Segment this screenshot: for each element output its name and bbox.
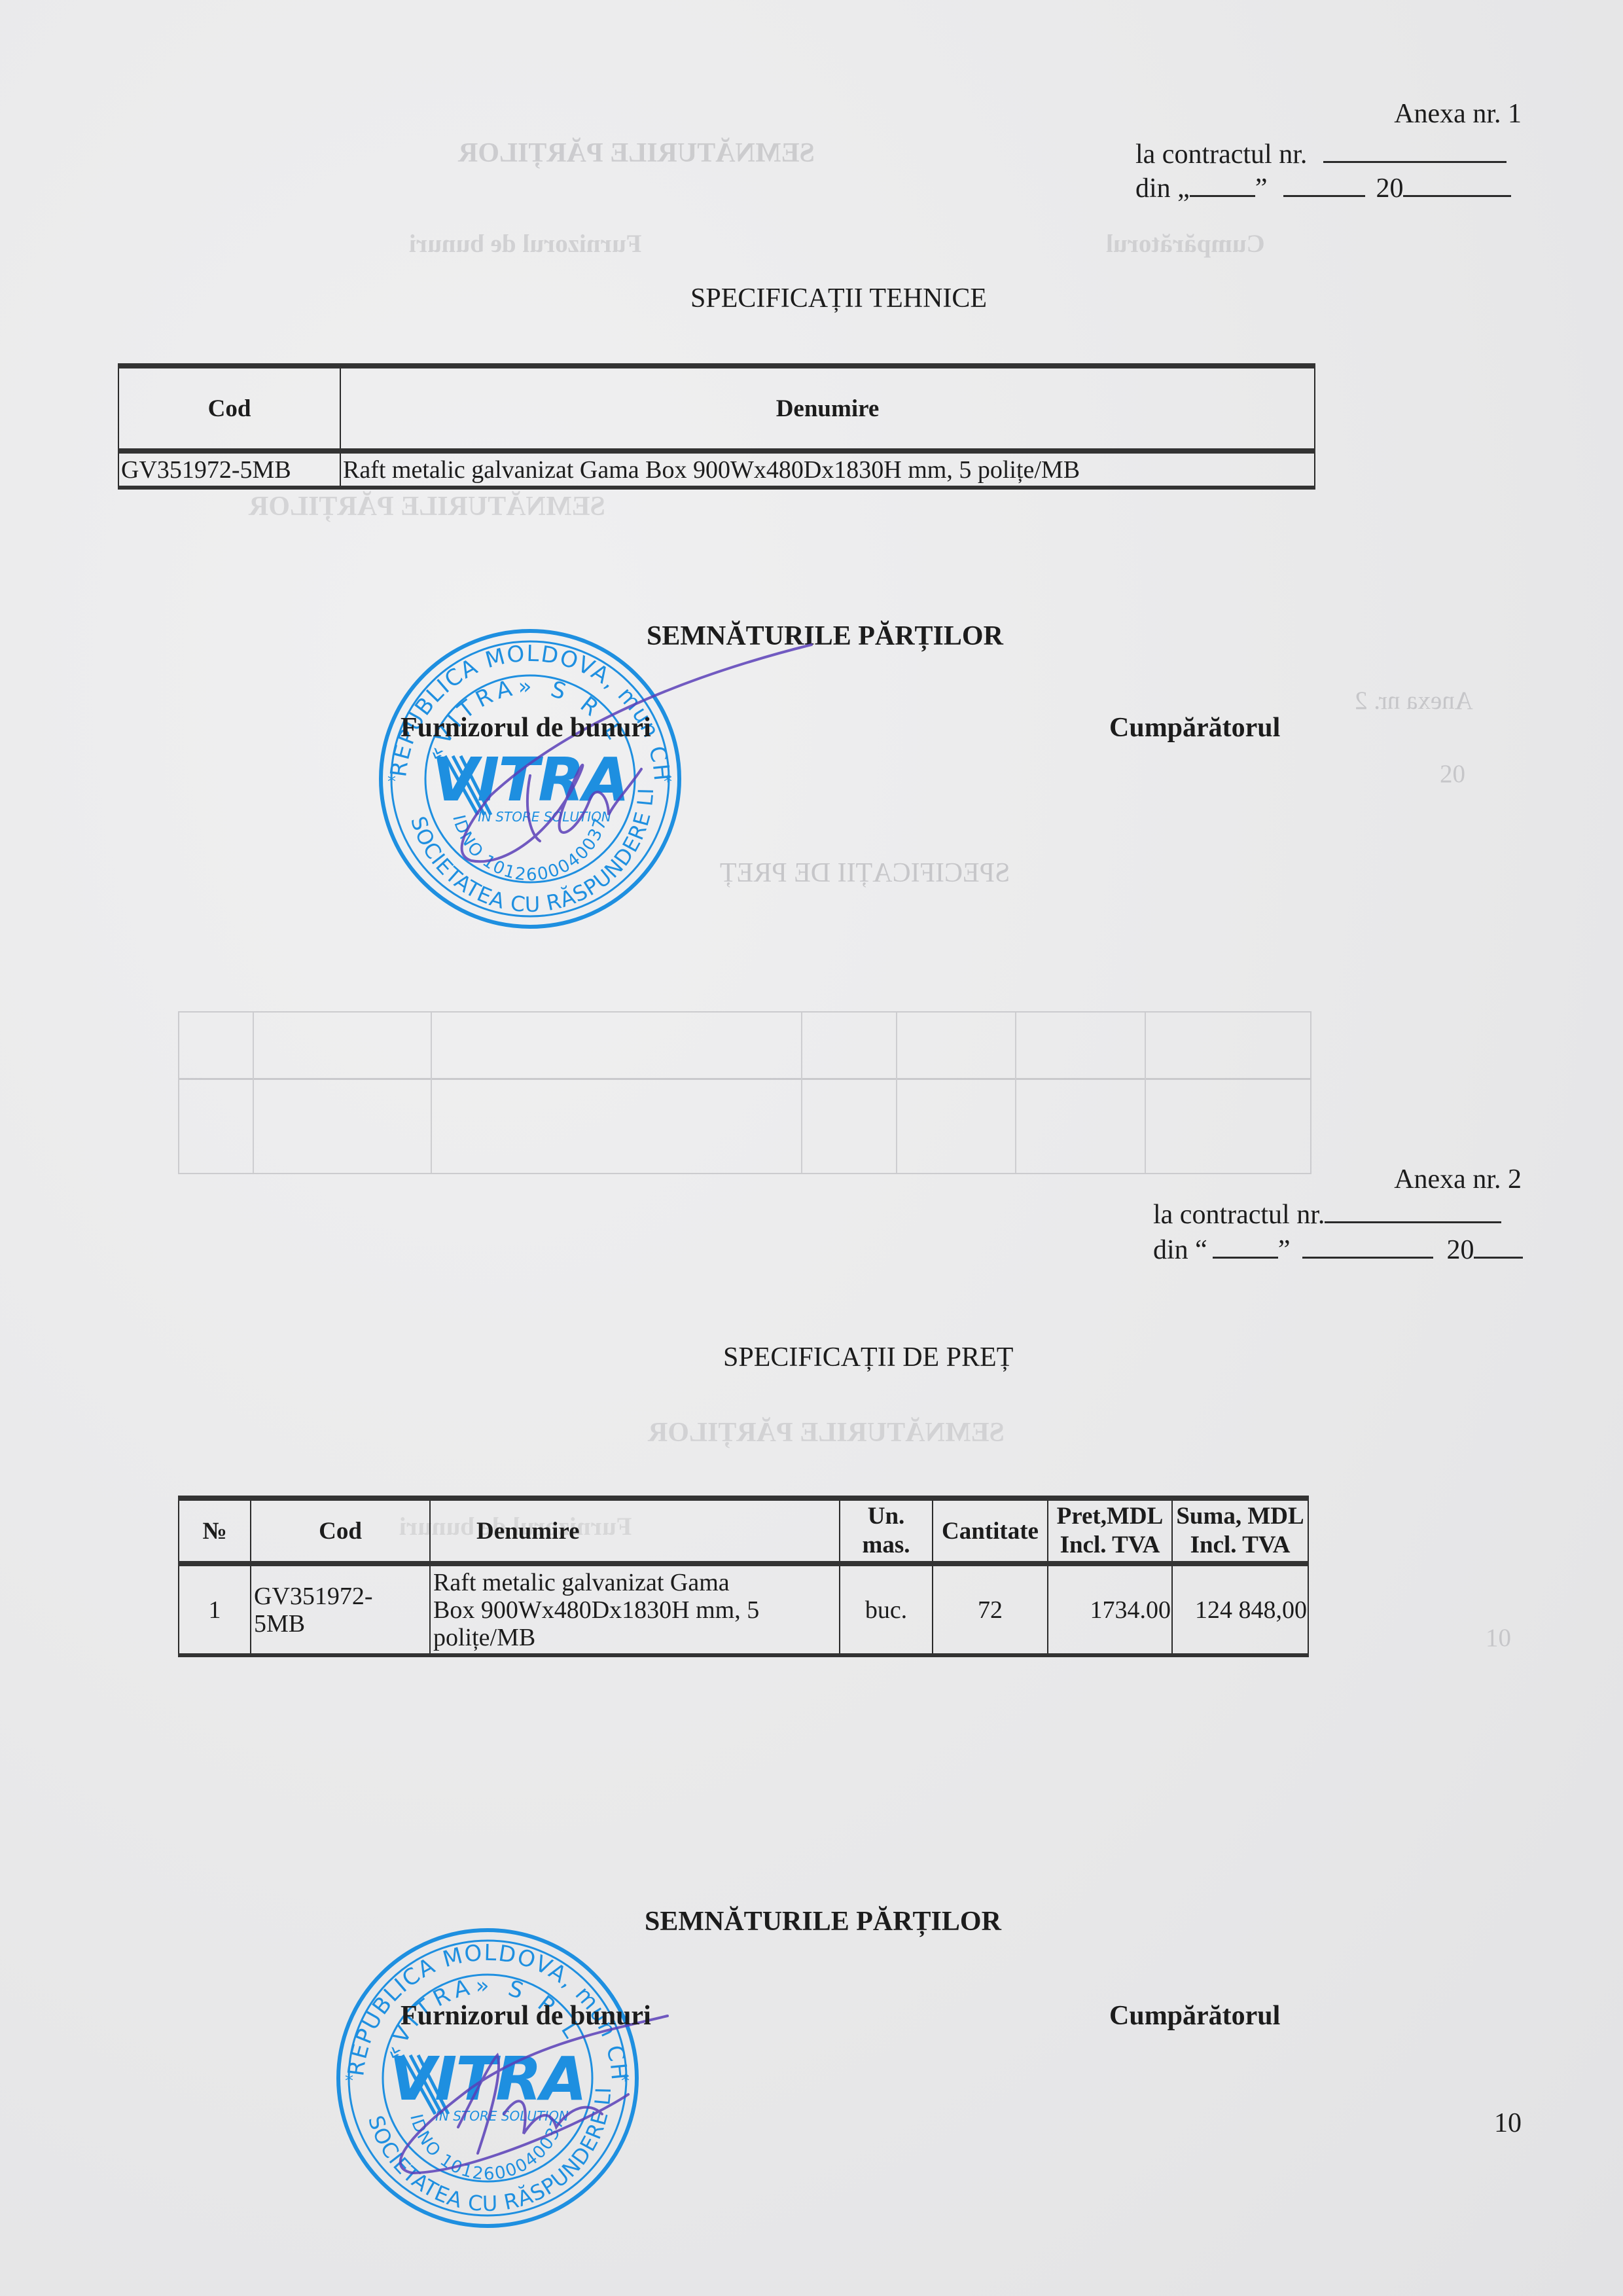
supplier-label-2: Furnizorul de bunuri bbox=[401, 2000, 651, 2032]
buyer-label: Cumpărătorul bbox=[1109, 712, 1280, 744]
contract-number-blank bbox=[1323, 139, 1507, 163]
ghost-table-col bbox=[1015, 1013, 1016, 1173]
ghost-table-col bbox=[253, 1013, 254, 1173]
cell-nr: 1 bbox=[179, 1564, 251, 1655]
supplier-signature-2 bbox=[340, 2003, 681, 2199]
annex2-contract-label: la contractul nr. bbox=[1153, 1200, 1325, 1230]
annex1-contract-line: la contractul nr. bbox=[1135, 139, 1507, 170]
ghost-table-col bbox=[431, 1013, 432, 1173]
ghost-table-col bbox=[1145, 1013, 1146, 1173]
signatures-heading-2: SEMNĂTURILE PĂRȚILOR bbox=[645, 1906, 1001, 1937]
annex1-year-prefix: 20 bbox=[1376, 173, 1403, 204]
annex1-title: Anexa nr. 1 bbox=[1394, 98, 1522, 130]
col-header-cantitate: Cantitate bbox=[933, 1498, 1048, 1564]
ghost-table-col bbox=[896, 1013, 897, 1173]
cell-denumire-line3: polițe/MB bbox=[433, 1624, 836, 1651]
cell-denumire: Raft metalic galvanizat Gama Box 900Wx48… bbox=[340, 451, 1315, 488]
cell-suma: 124 848,00 bbox=[1172, 1564, 1308, 1655]
day-blank-2 bbox=[1213, 1234, 1278, 1259]
price-spec-heading: SPECIFICAȚII DE PREȚ bbox=[723, 1342, 1013, 1373]
tech-spec-header-row: Cod Denumire bbox=[118, 366, 1315, 451]
cell-cod: GV351972- 5MB bbox=[251, 1564, 430, 1655]
cell-cantitate: 72 bbox=[933, 1564, 1048, 1655]
col-header-suma: Suma, MDL Incl. TVA bbox=[1172, 1498, 1308, 1564]
annex2-date-line: din “” 20 bbox=[1153, 1234, 1523, 1266]
table-row: 1 GV351972- 5MB Raft metalic galvanizat … bbox=[179, 1564, 1308, 1655]
ghost-supplier-label: Furnizorul de bunuri bbox=[409, 229, 641, 259]
tech-spec-heading: SPECIFICAȚII TEHNICE bbox=[690, 283, 987, 314]
col-header-pret-line1: Pret,MDL bbox=[1050, 1502, 1170, 1531]
cell-cod-line1: GV351972- bbox=[254, 1583, 427, 1610]
ghost-buyer-label: Cumpărătorul bbox=[1106, 229, 1265, 259]
col-header-cod: Cod bbox=[118, 366, 340, 451]
annex2-quote-close: ” bbox=[1278, 1235, 1291, 1265]
supplier-label: Furnizorul de bunuri bbox=[401, 712, 651, 744]
cell-denumire-line2: Box 900Wx480Dx1830H mm, 5 bbox=[433, 1596, 836, 1624]
ghost-signatures-heading-2: SEMNĂTURILE PĂRȚILOR bbox=[249, 491, 605, 522]
page-number: 10 bbox=[1494, 2108, 1522, 2139]
price-spec-table: № Cod Denumire Un. mas. Cantitate Pret,M… bbox=[178, 1496, 1309, 1657]
year-blank-2 bbox=[1474, 1234, 1523, 1259]
cell-um: buc. bbox=[840, 1564, 933, 1655]
col-header-denumire: Denumire bbox=[340, 366, 1315, 451]
annex2-title: Anexa nr. 2 bbox=[1394, 1164, 1522, 1195]
day-blank bbox=[1190, 173, 1255, 197]
ghost-price-table bbox=[178, 1011, 1311, 1174]
col-header-denumire: Denumire bbox=[430, 1498, 840, 1564]
col-header-um-line1: Un. bbox=[844, 1502, 928, 1531]
annex1-date-prefix: din „ bbox=[1135, 173, 1190, 204]
annex2-year-prefix: 20 bbox=[1446, 1235, 1474, 1265]
ghost-table-col bbox=[801, 1013, 802, 1173]
annex1-quote-close: ” bbox=[1255, 173, 1268, 204]
ghost-table-divider bbox=[179, 1078, 1310, 1080]
month-blank-2 bbox=[1302, 1234, 1433, 1259]
cell-cod-line2: 5MB bbox=[254, 1610, 427, 1638]
cell-denumire-line1: Raft metalic galvanizat Gama bbox=[433, 1569, 836, 1596]
col-header-pret-line2: Incl. TVA bbox=[1050, 1531, 1170, 1560]
annex2-date-prefix: din “ bbox=[1153, 1235, 1207, 1265]
annex1-contract-label: la contractul nr. bbox=[1135, 139, 1307, 170]
ghost-signatures-heading: SEMNĂTURILE PĂRȚILOR bbox=[458, 137, 815, 169]
year-blank bbox=[1403, 173, 1511, 197]
cell-cod: GV351972-5MB bbox=[118, 451, 340, 488]
col-header-cod: Cod bbox=[251, 1498, 430, 1564]
cell-pret: 1734.00 bbox=[1048, 1564, 1172, 1655]
col-header-um: Un. mas. bbox=[840, 1498, 933, 1564]
cell-denumire: Raft metalic galvanizat Gama Box 900Wx48… bbox=[430, 1564, 840, 1655]
month-blank bbox=[1283, 173, 1365, 197]
ghost-page-number: 10 bbox=[1486, 1623, 1511, 1653]
ghost-year: 20 bbox=[1440, 759, 1465, 789]
ghost-annex: Anexa nr. 2 bbox=[1355, 686, 1473, 715]
annex1-date-line: din „” 20 bbox=[1135, 173, 1511, 204]
tech-spec-table: Cod Denumire GV351972-5MB Raft metalic g… bbox=[118, 363, 1315, 490]
col-header-pret: Pret,MDL Incl. TVA bbox=[1048, 1498, 1172, 1564]
col-header-suma-line1: Suma, MDL bbox=[1174, 1502, 1306, 1531]
col-header-nr: № bbox=[179, 1498, 251, 1564]
contract-number-blank-2 bbox=[1325, 1199, 1501, 1223]
buyer-label-2: Cumpărătorul bbox=[1109, 2000, 1280, 2032]
annex2-contract-line: la contractul nr. bbox=[1153, 1199, 1501, 1230]
col-header-um-line2: mas. bbox=[844, 1531, 928, 1560]
supplier-signature bbox=[380, 638, 838, 874]
price-spec-header-row: № Cod Denumire Un. mas. Cantitate Pret,M… bbox=[179, 1498, 1308, 1564]
table-row: GV351972-5MB Raft metalic galvanizat Gam… bbox=[118, 451, 1315, 488]
ghost-signatures-heading-3: SEMNĂTURILE PĂRȚILOR bbox=[648, 1417, 1005, 1448]
col-header-suma-line2: Incl. TVA bbox=[1174, 1531, 1306, 1560]
